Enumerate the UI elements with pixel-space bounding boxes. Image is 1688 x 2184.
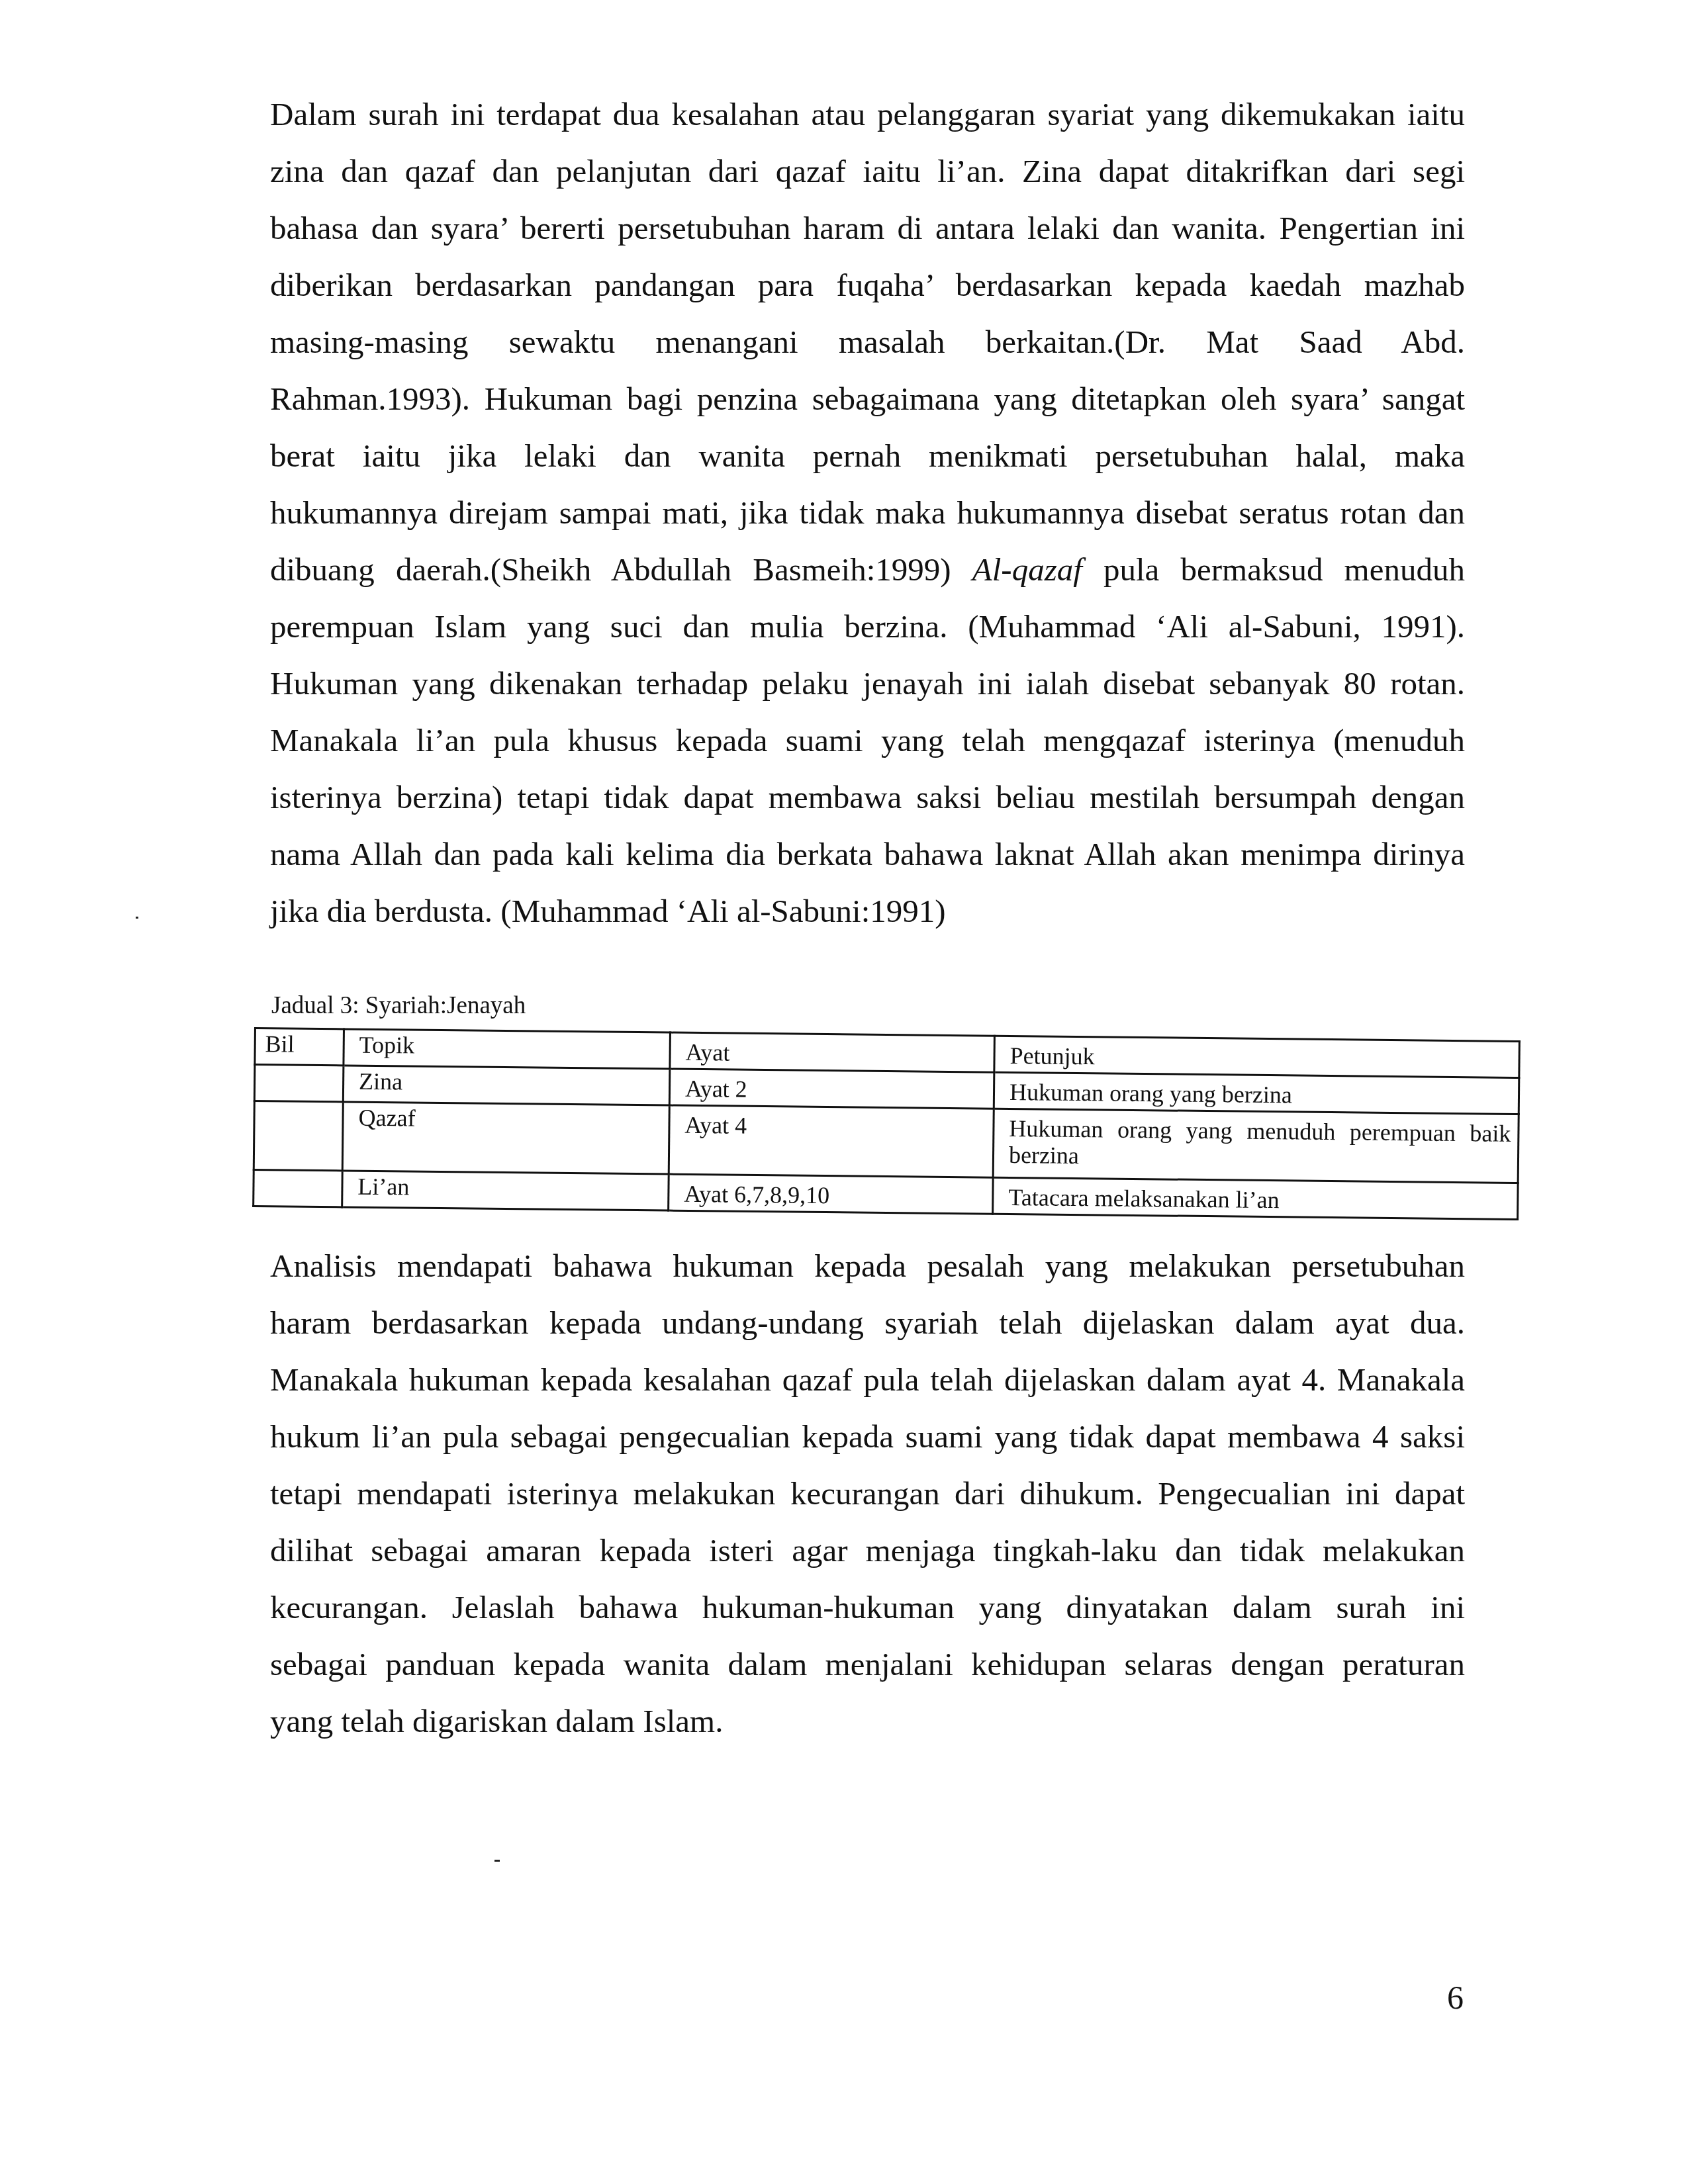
paragraph-2: Analisis mendapati bahawa hukuman kepada… (270, 1238, 1465, 1750)
paragraph-line: nama Allah dan pada kali kelima dia berk… (270, 826, 1465, 883)
scan-speck (494, 1860, 500, 1862)
header-petunjuk: Petunjuk (994, 1036, 1520, 1077)
paragraph-line: Hukuman yang dikenakan terhadap pelaku j… (270, 655, 1465, 712)
paragraph-line: hukumannya direjam sampai mati, jika tid… (270, 484, 1465, 541)
paragraph-line: dilihat sebagai amaran kepada isteri aga… (270, 1522, 1465, 1579)
cell-topik: Li’an (342, 1171, 669, 1210)
cell-ayat: Ayat 4 (669, 1105, 994, 1177)
header-ayat: Ayat (670, 1032, 995, 1072)
paragraph-line: kecurangan. Jelaslah bahawa hukuman-huku… (270, 1579, 1465, 1636)
paragraph-line: isterinya berzina) tetapi tidak dapat me… (270, 769, 1465, 826)
cell-bil (254, 1101, 343, 1171)
paragraph-line: perempuan Islam yang suci dan mulia berz… (270, 598, 1465, 655)
cell-petunjuk: Tatacara melaksanakan li’an (993, 1177, 1519, 1219)
cell-petunjuk: Hukuman orang yang menuduh perempuan bai… (993, 1109, 1519, 1183)
table-caption: Jadual 3: Syariah:Jenayah (271, 991, 526, 1021)
paragraph-line: yang telah digariskan dalam Islam. (270, 1693, 1465, 1750)
page-number: 6 (1447, 1979, 1464, 2016)
cell-petunjuk: Hukuman orang yang berzina (994, 1072, 1519, 1114)
italic-term: Al-qazaf (972, 551, 1082, 588)
paragraph-line: hukum li’an pula sebagai pengecualian ke… (270, 1408, 1465, 1465)
paragraph-line: tetapi mendapati isterinya melakukan kec… (270, 1465, 1465, 1522)
paragraph-line: Analisis mendapati bahawa hukuman kepada… (270, 1238, 1465, 1295)
paragraph-line: Dalam surah ini terdapat dua kesalahan a… (270, 86, 1465, 143)
paragraph-line: jika dia berdusta. (Muhammad ‘Ali al-Sab… (270, 883, 1465, 940)
paragraph-1: Dalam surah ini terdapat dua kesalahan a… (270, 86, 1465, 940)
cell-ayat: Ayat 6,7,8,9,10 (669, 1174, 994, 1214)
table-row: Qazaf Ayat 4 Hukuman orang yang menuduh … (254, 1101, 1519, 1183)
cell-bil (254, 1170, 343, 1207)
paragraph-line: sebagai panduan kepada wanita dalam menj… (270, 1636, 1465, 1693)
paragraph-line: Rahman.1993). Hukuman bagi penzina sebag… (270, 371, 1465, 428)
cell-ayat: Ayat 2 (669, 1069, 994, 1109)
paragraph-line: masing-masing sewaktu menangani masalah … (270, 314, 1465, 371)
cell-topik: Zina (343, 1066, 670, 1105)
cell-topik: Qazaf (342, 1102, 669, 1174)
paragraph-line: berat iaitu jika lelaki dan wanita perna… (270, 428, 1465, 484)
paragraph-line: Manakala hukuman kepada kesalahan qazaf … (270, 1351, 1465, 1408)
cell-bil (254, 1065, 344, 1102)
header-topik: Topik (344, 1029, 671, 1069)
text-run: pula bermaksud menuduh (1082, 551, 1465, 588)
text-run: dibuang daerah.(Sheikh Abdullah Basmeih:… (270, 551, 972, 588)
header-bil: Bil (255, 1028, 344, 1066)
table-container: Bil Topik Ayat Petunjuk Zina Ayat 2 Huku… (252, 1027, 1519, 1220)
paragraph-line: bahasa dan syara’ bererti persetubuhan h… (270, 200, 1465, 257)
paragraph-line: Manakala li’an pula khusus kepada suami … (270, 712, 1465, 769)
paragraph-line-with-italic: dibuang daerah.(Sheikh Abdullah Basmeih:… (270, 541, 1465, 598)
syariah-jenayah-table: Bil Topik Ayat Petunjuk Zina Ayat 2 Huku… (252, 1027, 1521, 1220)
paragraph-line: zina dan qazaf dan pelanjutan dari qazaf… (270, 143, 1465, 200)
paragraph-line: haram berdasarkan kepada undang-undang s… (270, 1295, 1465, 1351)
scan-speck (136, 917, 138, 919)
paragraph-line: diberikan berdasarkan pandangan para fuq… (270, 257, 1465, 314)
